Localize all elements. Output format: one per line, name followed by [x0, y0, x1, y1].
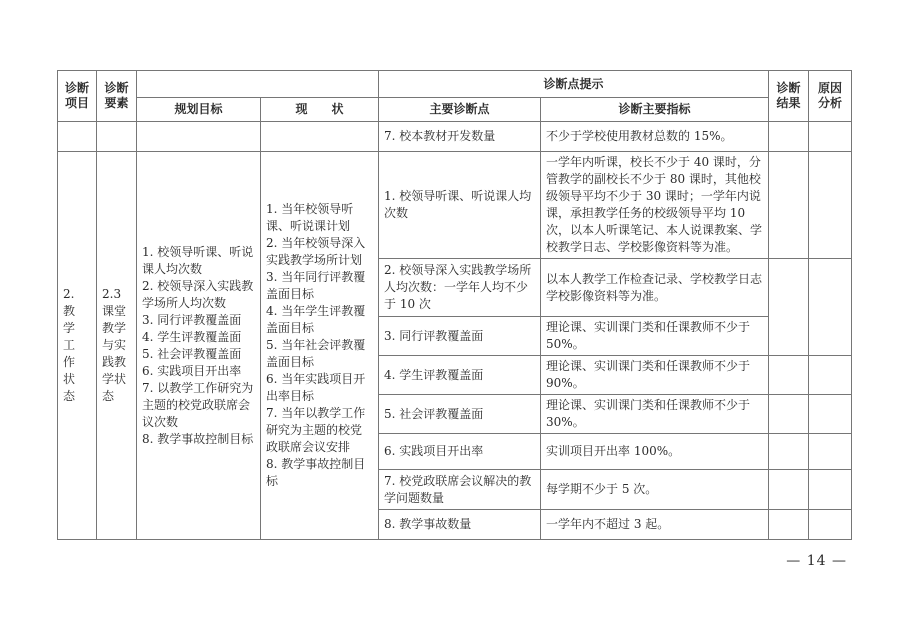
result-cell-1	[769, 152, 809, 259]
section-row-1: 2. 教 学 工 作 状 态 2.3 课堂 教学 与实 践教 学状 态 1. 校…	[58, 152, 852, 259]
carry-indicator: 不少于学校使用教材总数的 15%。	[541, 122, 769, 152]
carry-plan-cell	[137, 122, 261, 152]
cause-cell-8	[809, 510, 852, 540]
cause-cell-1	[809, 152, 852, 259]
header-empty-span	[137, 71, 379, 98]
carry-row: 7. 校本教材开发数量 不少于学校使用教材总数的 15%。	[58, 122, 852, 152]
indicator-4: 理论课、实训课门类和任课教师不少于 90%。	[541, 356, 769, 395]
header-row-2: 规划目标 现 状 主要诊断点 诊断主要指标	[58, 98, 852, 122]
carry-status-cell	[261, 122, 379, 152]
diag-point-4: 4. 学生评教覆盖面	[379, 356, 541, 395]
diag-point-8: 8. 教学事故数量	[379, 510, 541, 540]
indicator-3: 理论课、实训课门类和任课教师不少于 50%。	[541, 317, 769, 356]
result-cell-2	[769, 259, 809, 356]
section-item-label: 2. 教 学 工 作 状 态	[58, 152, 97, 540]
section-current-status: 1. 当年校领导听课、听说课计划 2. 当年校领导深入实践教学场所计划 3. 当…	[261, 152, 379, 540]
section-element-label: 2.3 课堂 教学 与实 践教 学状 态	[97, 152, 137, 540]
header-diag-result: 诊断 结果	[769, 71, 809, 122]
result-cell-5	[769, 395, 809, 434]
cause-cell-5	[809, 395, 852, 434]
header-cause-analysis: 原因 分析	[809, 71, 852, 122]
carry-item-cell	[58, 122, 97, 152]
indicator-8: 一学年内不超过 3 起。	[541, 510, 769, 540]
header-diag-item: 诊断 项目	[58, 71, 97, 122]
carry-diag-point: 7. 校本教材开发数量	[379, 122, 541, 152]
cause-cell-7	[809, 470, 852, 510]
document-page: 诊断 项目 诊断 要素 诊断点提示 诊断 结果 原因 分析 规划目标 现 状 主…	[0, 0, 911, 641]
diag-point-7: 7. 校党政联席会议解决的教学问题数量	[379, 470, 541, 510]
page-number: — 14 —	[786, 553, 847, 569]
header-row-1: 诊断 项目 诊断 要素 诊断点提示 诊断 结果 原因 分析	[58, 71, 852, 98]
header-main-diag-point: 主要诊断点	[379, 98, 541, 122]
indicator-5: 理论课、实训课门类和任课教师不少于 30%。	[541, 395, 769, 434]
indicator-2: 以本人教学工作检查记录、学校教学日志学校影像资料等为准。	[541, 259, 769, 317]
cause-cell-2	[809, 259, 852, 356]
indicator-7: 每学期不少于 5 次。	[541, 470, 769, 510]
carry-result-cell	[769, 122, 809, 152]
cause-cell-6	[809, 434, 852, 470]
section-plan-goal: 1. 校领导听课、听说课人均次数 2. 校领导深入实践教学场所人均次数 3. 同…	[137, 152, 261, 540]
header-diag-element: 诊断 要素	[97, 71, 137, 122]
carry-element-cell	[97, 122, 137, 152]
diag-point-1: 1. 校领导听课、听说课人均次数	[379, 152, 541, 259]
diagnosis-table: 诊断 项目 诊断 要素 诊断点提示 诊断 结果 原因 分析 规划目标 现 状 主…	[57, 70, 852, 540]
header-current-status: 现 状	[261, 98, 379, 122]
result-cell-4	[769, 356, 809, 395]
diag-point-5: 5. 社会评教覆盖面	[379, 395, 541, 434]
header-diag-hint-span: 诊断点提示	[379, 71, 769, 98]
indicator-1: 一学年内听课，校长不少于 40 课时，分管教学的副校长不少于 80 课时，其他校…	[541, 152, 769, 259]
header-main-indicator: 诊断主要指标	[541, 98, 769, 122]
diag-point-6: 6. 实践项目开出率	[379, 434, 541, 470]
diag-point-2: 2. 校领导深入实践教学场所人均次数：一学年人均不少于 10 次	[379, 259, 541, 317]
result-cell-8	[769, 510, 809, 540]
header-plan-goal: 规划目标	[137, 98, 261, 122]
diag-point-3: 3. 同行评教覆盖面	[379, 317, 541, 356]
cause-cell-4	[809, 356, 852, 395]
result-cell-6	[769, 434, 809, 470]
result-cell-7	[769, 470, 809, 510]
indicator-6: 实训项目开出率 100%。	[541, 434, 769, 470]
carry-cause-cell	[809, 122, 852, 152]
